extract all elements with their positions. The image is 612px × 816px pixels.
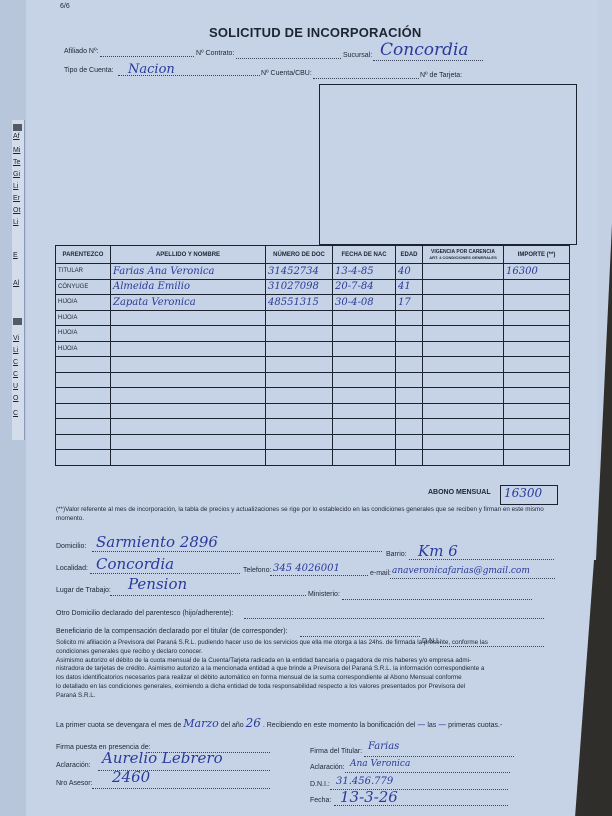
table-row xyxy=(56,357,570,373)
cell-nombre[interactable] xyxy=(111,434,266,450)
bonif-count-1: — xyxy=(417,720,425,729)
table-row: TITULARFarias Ana Veronica3145273413-4-8… xyxy=(56,264,570,280)
cell-edad[interactable] xyxy=(396,372,423,388)
email-value: anaveronicafarias@gmail.com xyxy=(392,566,530,576)
dni-value: 31.456.779 xyxy=(336,776,393,787)
cell-edad[interactable] xyxy=(396,388,423,404)
cell-nombre[interactable] xyxy=(111,372,266,388)
localidad-field[interactable] xyxy=(90,573,240,574)
cell-vigencia[interactable] xyxy=(423,326,504,342)
underlying-tab-label: C xyxy=(13,371,18,378)
col-doc: NÚMERO DE DOC xyxy=(266,246,333,264)
cell-vigencia[interactable] xyxy=(423,264,504,280)
underlying-tab-label: Ot xyxy=(13,207,20,214)
cell-parentezco xyxy=(56,419,111,435)
legal-text-line: nistradora de tarjetas de crédito. Asimi… xyxy=(56,665,561,674)
table-row: CÓNYUGEAlmeida Emilio3102709820-7-8441 xyxy=(56,279,570,295)
cell-fecha-nac[interactable] xyxy=(333,326,396,342)
cell-importe[interactable]: 16300 xyxy=(504,264,570,280)
domicilio-field[interactable] xyxy=(92,551,382,552)
page-number: 6/6 xyxy=(60,3,70,10)
cell-fecha-nac[interactable] xyxy=(333,357,396,373)
cell-nombre[interactable] xyxy=(111,326,266,342)
lugar-trabajo-field[interactable] xyxy=(110,595,306,596)
underlying-tab-label: Li xyxy=(13,219,18,226)
underlying-tab-label: Mi xyxy=(13,147,20,154)
aclaracion-left-label: Aclaración: xyxy=(56,762,91,769)
cell-fecha-nac[interactable] xyxy=(333,403,396,419)
cell-nombre[interactable] xyxy=(111,341,266,357)
underlying-tab-label: Li xyxy=(13,183,18,190)
aclaracion-right-label: Aclaración: xyxy=(310,764,345,771)
cell-importe[interactable] xyxy=(504,279,570,295)
cell-edad[interactable]: 41 xyxy=(396,279,423,295)
underlying-tab-label: C xyxy=(13,410,18,417)
cell-fecha-nac[interactable] xyxy=(333,388,396,404)
cell-doc[interactable] xyxy=(266,403,333,419)
cell-doc[interactable] xyxy=(266,450,333,466)
firma-titular-label: Firma del Titular: xyxy=(310,748,362,755)
cell-fecha-nac[interactable]: 20-7-84 xyxy=(333,279,396,295)
ministerio-label: Ministerio: xyxy=(308,591,340,598)
cell-nombre[interactable] xyxy=(111,419,266,435)
legal-text-line: Paraná S.R.L. xyxy=(56,692,561,701)
cell-edad[interactable]: 40 xyxy=(396,264,423,280)
ministerio-field[interactable] xyxy=(342,599,532,600)
vigencia-subheader: ART. 4 CONDICIONES GENERALES xyxy=(425,255,501,261)
underlying-tab-label: O xyxy=(13,395,18,402)
cell-fecha-nac[interactable] xyxy=(333,434,396,450)
cell-fecha-nac[interactable] xyxy=(333,341,396,357)
tab-strip-marker xyxy=(13,318,22,325)
bonif-count-2: — xyxy=(438,720,446,729)
cell-vigencia[interactable] xyxy=(423,279,504,295)
cell-importe[interactable] xyxy=(504,450,570,466)
underlying-tab-label: E xyxy=(13,252,18,259)
beneficiario-field[interactable] xyxy=(300,636,420,637)
table-row xyxy=(56,419,570,435)
cell-doc[interactable] xyxy=(266,434,333,450)
underlying-tab-label: Gi xyxy=(13,171,20,178)
cell-vigencia[interactable] xyxy=(423,341,504,357)
cell-edad[interactable]: 17 xyxy=(396,295,423,311)
cell-importe[interactable] xyxy=(504,403,570,419)
legal-text-line: condiciones generales que recibo y decla… xyxy=(56,648,561,657)
family-table: PARENTEZCO APELLIDO Y NOMBRE NÚMERO DE D… xyxy=(55,245,570,466)
firma-titular-value: Farias xyxy=(368,741,399,752)
cell-edad[interactable] xyxy=(396,419,423,435)
cell-importe[interactable] xyxy=(504,388,570,404)
cell-fecha-nac[interactable]: 13-4-85 xyxy=(333,264,396,280)
table-row xyxy=(56,434,570,450)
cell-fecha-nac[interactable] xyxy=(333,310,396,326)
localidad-value: Concordia xyxy=(96,555,174,573)
legal-text-line: Asimismo autorizo el débito de la cuota … xyxy=(56,657,561,666)
aclaracion-right-field[interactable] xyxy=(345,772,510,773)
cell-parentezco: CÓNYUGE xyxy=(56,279,111,295)
cell-parentezco xyxy=(56,450,111,466)
vigencia-header: VIGENCIA POR CARENCIA xyxy=(425,249,501,255)
cell-nombre[interactable] xyxy=(111,310,266,326)
domicilio-label: Domicilio: xyxy=(56,543,86,550)
cell-importe[interactable] xyxy=(504,341,570,357)
lugar-trabajo-value: Pension xyxy=(128,575,187,593)
nro-asesor-field[interactable] xyxy=(92,788,270,789)
cell-doc[interactable]: 31027098 xyxy=(266,279,333,295)
telefono-label: Telefono: xyxy=(243,567,271,574)
cell-fecha-nac[interactable]: 30-4-08 xyxy=(333,295,396,311)
first-quota-suffix-a: . Recibiendo en este momento la bonifica… xyxy=(263,722,416,729)
table-row xyxy=(56,372,570,388)
first-quota-month: Marzo xyxy=(183,717,219,730)
cell-parentezco: TITULAR xyxy=(56,264,111,280)
first-quota-year-label: del año xyxy=(221,722,244,729)
cell-doc[interactable] xyxy=(266,388,333,404)
first-quota-year: 26 xyxy=(246,716,261,730)
first-quota-line: La primer cuota se devengara el mes de M… xyxy=(56,716,502,730)
table-row xyxy=(56,388,570,404)
legal-text-line: lo detallado en las condiciones generale… xyxy=(56,683,561,692)
cell-vigencia[interactable] xyxy=(423,388,504,404)
underlying-tab-label: Al xyxy=(13,280,19,287)
cell-nombre[interactable]: Zapata Veronica xyxy=(111,295,266,311)
aclaracion-right-value: Ana Veronica xyxy=(350,759,410,769)
contrato-label: Nº Contrato: xyxy=(196,50,234,57)
legal-text: Solicito mi afiliación a Previsora del P… xyxy=(56,639,561,701)
underlying-tab-label: Af xyxy=(13,133,20,140)
aclaracion-left-value: Aurelio Lebrero xyxy=(102,749,223,767)
col-importe: IMPORTE (**) xyxy=(504,246,570,264)
cell-parentezco: HIJO/A xyxy=(56,326,111,342)
cell-parentezco xyxy=(56,372,111,388)
cell-edad[interactable] xyxy=(396,357,423,373)
cell-fecha-nac[interactable] xyxy=(333,419,396,435)
cuenta-cbu-field[interactable] xyxy=(313,78,419,79)
sucursal-label: Sucursal: xyxy=(343,52,372,59)
cell-parentezco xyxy=(56,434,111,450)
table-header-row: PARENTEZCO APELLIDO Y NOMBRE NÚMERO DE D… xyxy=(56,246,570,264)
nro-asesor-label: Nro Asesor: xyxy=(56,780,93,787)
cell-edad[interactable] xyxy=(396,434,423,450)
cell-importe[interactable] xyxy=(504,357,570,373)
afiliado-field[interactable] xyxy=(100,56,194,57)
cell-vigencia[interactable] xyxy=(423,434,504,450)
underlying-tab-label: C xyxy=(13,359,18,366)
cell-edad[interactable] xyxy=(396,341,423,357)
cell-vigencia[interactable] xyxy=(423,357,504,373)
first-quota-suffix-b: las xyxy=(427,722,436,729)
cell-vigencia[interactable] xyxy=(423,295,504,311)
dni-label: D.N.I.: xyxy=(310,781,330,788)
firma-titular-field[interactable] xyxy=(364,756,514,757)
sucursal-value: Concordia xyxy=(380,40,469,60)
table-row xyxy=(56,403,570,419)
otro-domicilio-field[interactable] xyxy=(244,618,544,619)
cell-importe[interactable] xyxy=(504,434,570,450)
underlying-tab-label: Er xyxy=(13,195,20,202)
fecha-label: Fecha: xyxy=(310,797,331,804)
cell-importe[interactable] xyxy=(504,372,570,388)
cell-importe[interactable] xyxy=(504,326,570,342)
cell-parentezco xyxy=(56,388,111,404)
col-vigencia: VIGENCIA POR CARENCIA ART. 4 CONDICIONES… xyxy=(423,246,504,264)
cell-vigencia[interactable] xyxy=(423,450,504,466)
legal-text-line: Solicito mi afiliación a Previsora del P… xyxy=(56,639,561,648)
cell-nombre[interactable] xyxy=(111,403,266,419)
cell-doc[interactable] xyxy=(266,341,333,357)
telefono-value: 345 4026001 xyxy=(273,563,340,574)
cell-parentezco: HIJO/A xyxy=(56,341,111,357)
table-row xyxy=(56,450,570,466)
lugar-trabajo-label: Lugar de Trabajo: xyxy=(56,587,111,594)
cell-nombre[interactable] xyxy=(111,450,266,466)
domicilio-value: Sarmiento 2896 xyxy=(96,533,218,551)
cell-vigencia[interactable] xyxy=(423,403,504,419)
legal-text-line: los datos identificatorios necesarios pa… xyxy=(56,674,561,683)
cell-doc[interactable] xyxy=(266,372,333,388)
cell-edad[interactable] xyxy=(396,450,423,466)
cell-importe[interactable] xyxy=(504,419,570,435)
telefono-field[interactable] xyxy=(270,575,368,576)
cell-parentezco xyxy=(56,403,111,419)
sucursal-field[interactable] xyxy=(373,60,483,61)
cell-vigencia[interactable] xyxy=(423,372,504,388)
cell-nombre[interactable]: Farias Ana Veronica xyxy=(111,264,266,280)
barrio-label: Barrio: xyxy=(386,551,407,558)
cuenta-cbu-label: Nº Cuenta/CBU: xyxy=(261,70,312,77)
footnote: (**)Valor referente al mes de incorporac… xyxy=(56,506,561,524)
contrato-field[interactable] xyxy=(236,58,341,59)
cell-fecha-nac[interactable] xyxy=(333,450,396,466)
cell-edad[interactable] xyxy=(396,326,423,342)
cell-nombre[interactable]: Almeida Emilio xyxy=(111,279,266,295)
tab-strip-marker xyxy=(13,124,22,131)
cell-doc[interactable] xyxy=(266,357,333,373)
cell-doc[interactable]: 31452734 xyxy=(266,264,333,280)
otro-domicilio-label: Otro Domicilio declarado del parentesco … xyxy=(56,610,233,617)
cell-importe[interactable] xyxy=(504,310,570,326)
afiliado-label: Afiliado Nº: xyxy=(64,48,98,55)
table-row: HIJO/A xyxy=(56,341,570,357)
cell-doc[interactable] xyxy=(266,326,333,342)
nro-asesor-value: 2460 xyxy=(112,768,150,786)
underlying-tab-label: U xyxy=(13,383,18,390)
underlying-tab-label: Te xyxy=(13,159,20,166)
abono-mensual-value: 16300 xyxy=(504,486,542,500)
tarjeta-label: Nº de Tarjeta: xyxy=(420,72,462,79)
fecha-value: 13-3-26 xyxy=(340,788,398,806)
cell-importe[interactable] xyxy=(504,295,570,311)
cell-vigencia[interactable] xyxy=(423,419,504,435)
cell-doc[interactable]: 48551315 xyxy=(266,295,333,311)
table-row: HIJO/A xyxy=(56,310,570,326)
barrio-value: Km 6 xyxy=(418,542,458,560)
cell-parentezco: HIJO/A xyxy=(56,295,111,311)
cell-edad[interactable] xyxy=(396,403,423,419)
cell-edad[interactable] xyxy=(396,310,423,326)
beneficiario-label: Beneficiario de la compensación declarad… xyxy=(56,628,288,635)
abono-mensual-label: ABONO MENSUAL xyxy=(428,489,491,496)
table-row: HIJO/AZapata Veronica4855131530-4-0817 xyxy=(56,295,570,311)
photo-box xyxy=(319,84,577,245)
col-edad: EDAD xyxy=(396,246,423,264)
tipo-cuenta-value: Nacion xyxy=(128,62,175,77)
cell-parentezco xyxy=(56,357,111,373)
col-nombre: APELLIDO Y NOMBRE xyxy=(111,246,266,264)
underlying-tab-label: Li xyxy=(13,347,18,354)
cell-nombre[interactable] xyxy=(111,357,266,373)
localidad-label: Localidad: xyxy=(56,565,88,572)
email-label: e-mail: xyxy=(370,570,391,577)
first-quota-prefix: La primer cuota se devengara el mes de xyxy=(56,722,181,729)
tipo-cuenta-label: Tipo de Cuenta: xyxy=(64,67,114,74)
form-title: SOLICITUD DE INCORPORACIÓN xyxy=(209,25,421,40)
col-fecha-nac: FECHA DE NAC xyxy=(333,246,396,264)
first-quota-suffix-c: primeras cuotas.- xyxy=(448,722,502,729)
col-parentezco: PARENTEZCO xyxy=(56,246,111,264)
email-field[interactable] xyxy=(390,578,555,579)
underlying-tab-label: Vi xyxy=(13,335,19,342)
table-row: HIJO/A xyxy=(56,326,570,342)
cell-nombre[interactable] xyxy=(111,388,266,404)
cell-parentezco: HIJO/A xyxy=(56,310,111,326)
cell-fecha-nac[interactable] xyxy=(333,372,396,388)
cell-doc[interactable] xyxy=(266,310,333,326)
cell-vigencia[interactable] xyxy=(423,310,504,326)
cell-doc[interactable] xyxy=(266,419,333,435)
